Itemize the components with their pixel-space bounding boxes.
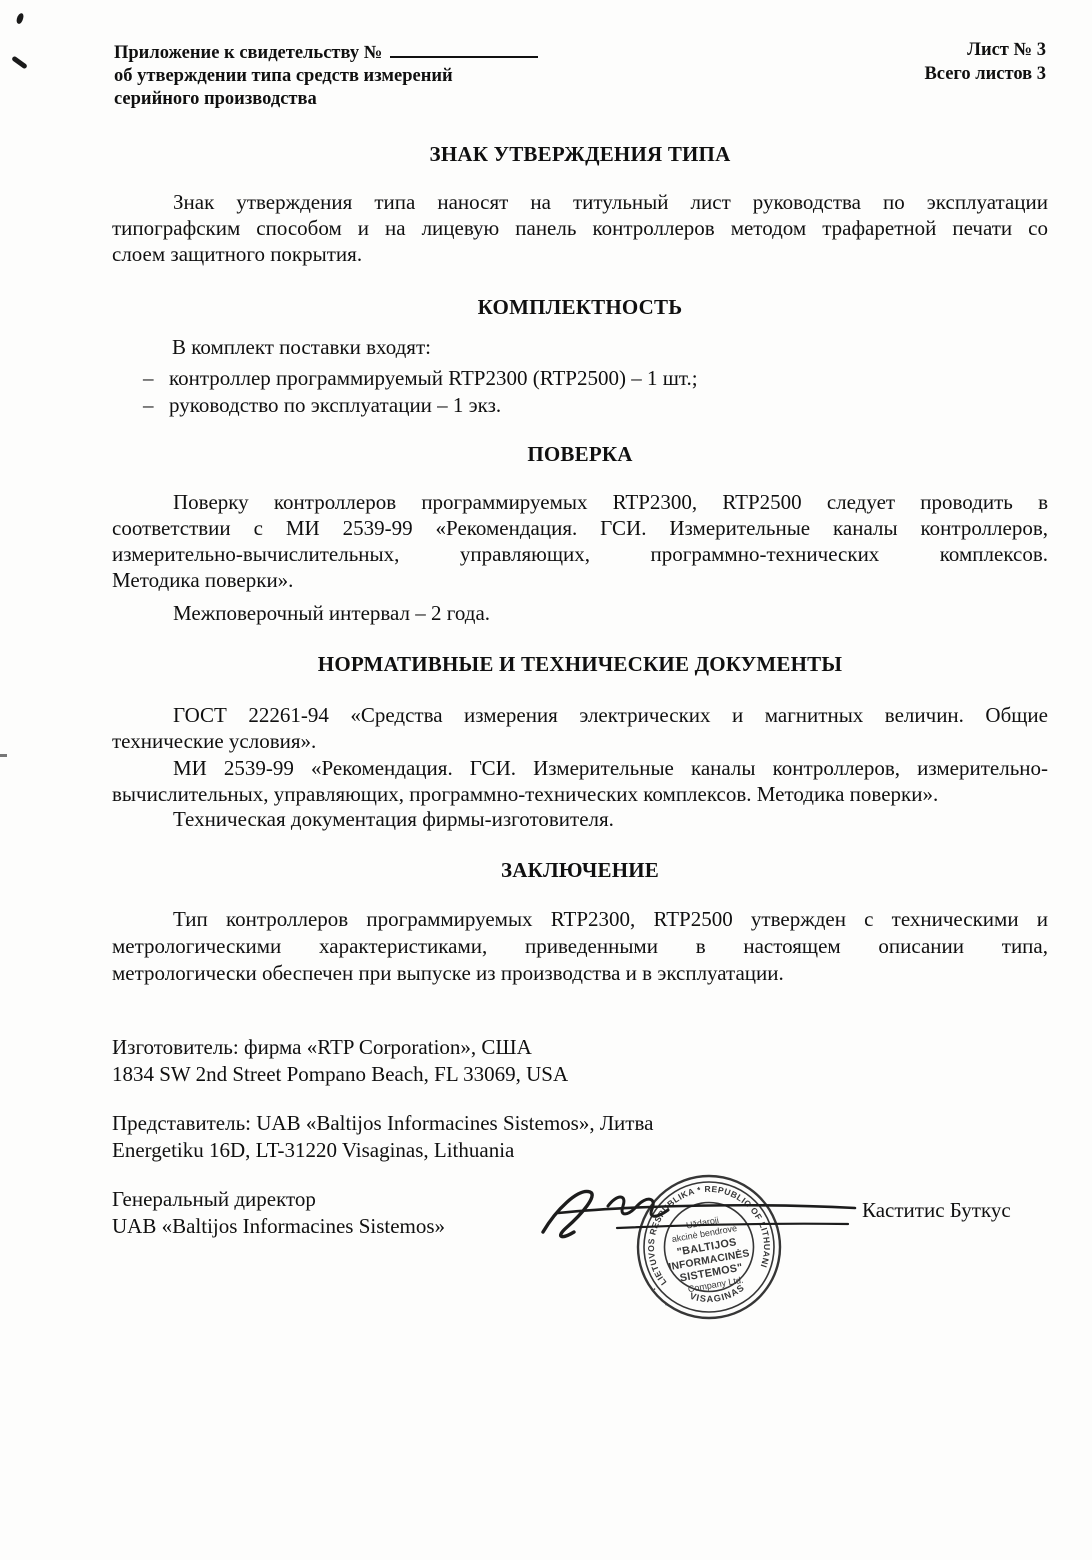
appendix-note-line1: Приложение к свидетельству №: [114, 42, 634, 65]
paragraph-line: ГОСТ 22261-94 «Средства измерения электр…: [112, 702, 1048, 728]
paragraph-line: Тип контроллеров программируемых RTP2300…: [112, 906, 1048, 933]
section-heading-conclusion: ЗАКЛЮЧЕНИЕ: [112, 856, 1048, 884]
manufacturer-line2: 1834 SW 2nd Street Pompano Beach, FL 330…: [112, 1061, 568, 1088]
list-dash: –: [143, 392, 169, 419]
verification-interval-note: Межповерочный интервал – 2 года.: [112, 600, 490, 627]
list-item-text: контроллер программируемый RTP2300 (RTP2…: [169, 365, 698, 392]
section-heading-type-approval-mark: ЗНАК УТВЕРЖДЕНИЯ ТИПА: [112, 140, 1048, 168]
tech-doc-line: Техническая документация фирмы-изготовит…: [112, 806, 614, 833]
representative-info: Представитель: UAB «Baltijos Informacine…: [112, 1110, 653, 1164]
paragraph-line: Знак утверждения типа наносят на титульн…: [112, 189, 1048, 215]
sheet-number: Лист № 3: [826, 38, 1046, 62]
paragraph-line: технические условия».: [112, 728, 1048, 754]
section-heading-verification: ПОВЕРКА: [112, 440, 1048, 468]
paragraph-line: соответствии с МИ 2539-99 «Рекомендация.…: [112, 515, 1048, 541]
paragraph-line: Поверку контроллеров программируемых RTP…: [112, 489, 1048, 515]
paragraph-line: метрологически обеспечен при выпуске из …: [112, 960, 1048, 987]
mi-paragraph: МИ 2539-99 «Рекомендация. ГСИ. Измерител…: [112, 755, 1048, 807]
representative-line2: Energetiku 16D, LT-31220 Visaginas, Lith…: [112, 1137, 653, 1164]
appendix-note: Приложение к свидетельству № об утвержде…: [114, 42, 634, 111]
type-approval-paragraph: Знак утверждения типа наносят на титульн…: [112, 189, 1048, 267]
list-item-text: руководство по эксплуатации – 1 экз.: [169, 392, 501, 419]
director-position: Генеральный директор UAB «Baltijos Infor…: [112, 1186, 445, 1240]
section-heading-completeness: КОМПЛЕКТНОСТЬ: [112, 293, 1048, 321]
sheet-info: Лист № 3 Всего листов 3: [826, 38, 1046, 86]
list-item: – контроллер программируемый RTP2300 (RT…: [112, 365, 698, 392]
verification-paragraph: Поверку контроллеров программируемых RTP…: [112, 489, 1048, 593]
director-position-line2: UAB «Baltijos Informacines Sistemos»: [112, 1213, 445, 1240]
paragraph-line: Методика поверки».: [112, 567, 1048, 593]
director-position-line1: Генеральный директор: [112, 1186, 445, 1213]
total-sheets: Всего листов 3: [826, 62, 1046, 86]
list-dash: –: [143, 365, 169, 392]
paragraph-line: типографским способом и на лицевую панел…: [112, 215, 1048, 241]
conclusion-paragraph: Тип контроллеров программируемых RTP2300…: [112, 906, 1048, 987]
appendix-note-line3: серийного производства: [114, 88, 634, 111]
section-heading-normative-documents: НОРМАТИВНЫЕ И ТЕХНИЧЕСКИЕ ДОКУМЕНТЫ: [112, 650, 1048, 678]
list-item: – руководство по эксплуатации – 1 экз.: [112, 392, 501, 419]
representative-line1: Представитель: UAB «Baltijos Informacine…: [112, 1110, 653, 1137]
manufacturer-line1: Изготовитель: фирма «RTP Corporation», С…: [112, 1034, 568, 1061]
scan-artifact-tick: [11, 55, 28, 69]
completeness-intro: В комплект поставки входят:: [112, 334, 431, 361]
scan-artifact-edge-mark: [0, 754, 7, 757]
appendix-note-line2: об утверждении типа средств измерений: [114, 65, 634, 88]
paragraph-line: слоем защитного покрытия.: [112, 241, 1048, 267]
director-name: Каститис Буткус: [862, 1197, 1011, 1224]
paragraph-line: МИ 2539-99 «Рекомендация. ГСИ. Измерител…: [112, 755, 1048, 781]
paragraph-line: измерительно-вычислительных, управляющих…: [112, 541, 1048, 567]
paragraph-line: вычислительных, управляющих, программно-…: [112, 781, 1048, 807]
certificate-number-blank: [390, 56, 538, 58]
paragraph-line: метрологическими характеристиками, приве…: [112, 933, 1048, 960]
scanned-certificate-appendix-page: Приложение к свидетельству № об утвержде…: [0, 0, 1092, 1560]
scan-artifact-speck: [16, 12, 24, 24]
manufacturer-info: Изготовитель: фирма «RTP Corporation», С…: [112, 1034, 568, 1088]
gost-paragraph: ГОСТ 22261-94 «Средства измерения электр…: [112, 702, 1048, 754]
director-signature: [518, 1168, 868, 1258]
